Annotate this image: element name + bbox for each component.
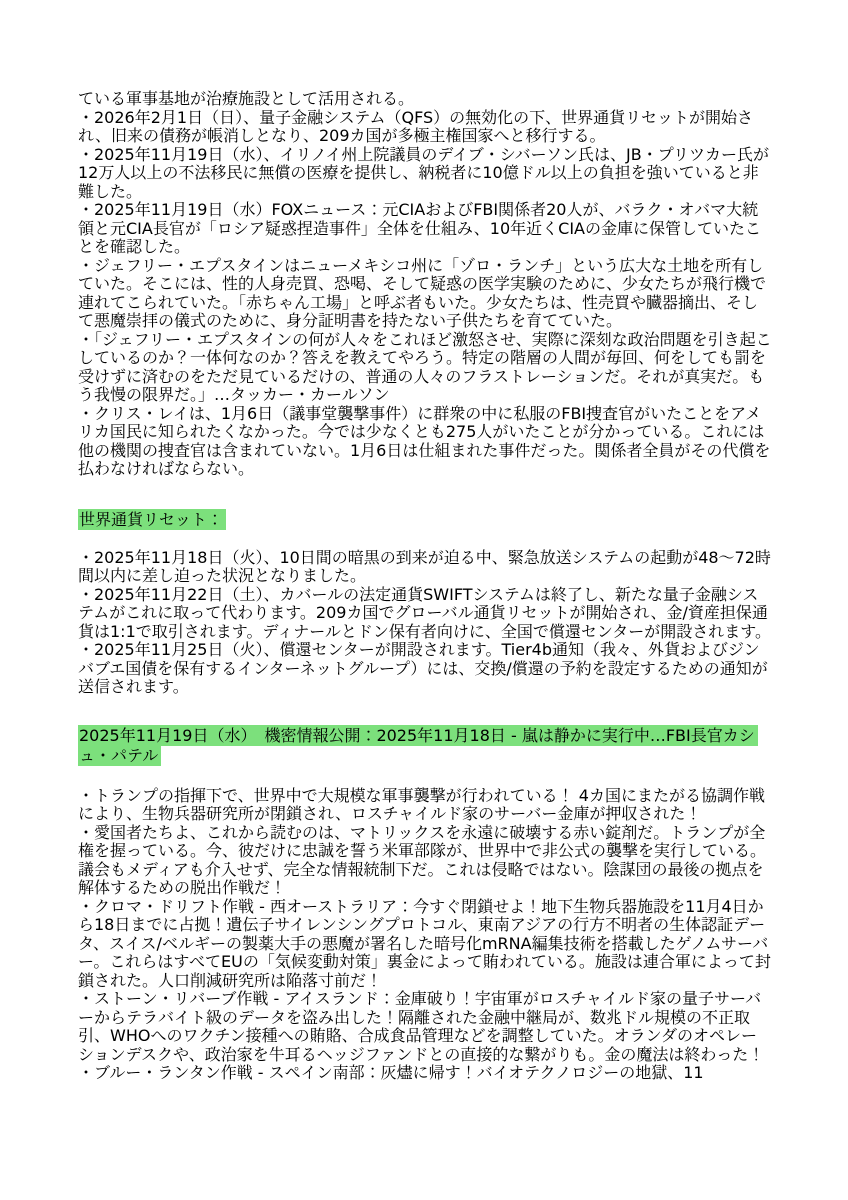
bullet-qfs-reset: ・2026年2月1日（日）、量子金融システム（QFS）の無効化の下、世界通貨リセ… [78,109,772,146]
bullet-carlson-quote: ・「ジェフリー・エプスタインの何が人々をこれほど激怒させ、実際に深刻な政治問題を… [78,331,772,405]
bullet-swift-end: ・2025年11月22日（土）、カバールの法定通貨SWIFTシステムは終了し、新… [78,586,772,642]
heading-intel-drop: 2025年11月19日（水） 機密情報公開：2025年11月18日 - 嵐は静か… [78,726,772,766]
intro-section: ている軍事基地が治療施設として活用される。 ・2026年2月1日（日）、量子金融… [78,90,772,479]
intro-carryover-line: ている軍事基地が治療施設として活用される。 [78,90,772,109]
heading-currency-reset: 世界通貨リセット： [78,510,772,530]
bullet-illinois-senator: ・2025年11月19日（水）、イリノイ州上院議員のデイブ・シバーソン氏は、JB… [78,146,772,202]
heading-currency-reset-highlight: 世界通貨リセット： [78,509,226,530]
bullet-operation-blue-lantern: ・ブルー・ランタン作戦 - スペイン南部：灰燼に帰す！バイオテクノロジーの地獄、… [78,1064,772,1083]
bullet-trump-raids: ・トランプの指揮下で、世界中で大規模な軍事襲撃が行われている！ 4カ国にまたがる… [78,787,772,824]
currency-reset-section: ・2025年11月18日（火）、10日間の暗黒の到来が迫る中、緊急放送システムの… [78,549,772,697]
heading-intel-drop-highlight: 2025年11月19日（水） 機密情報公開：2025年11月18日 - 嵐は静か… [78,725,758,766]
bullet-fox-news: ・2025年11月19日（水）FOXニュース：元CIAおよびFBI関係者20人が… [78,201,772,257]
intel-drop-section: ・トランプの指揮下で、世界中で大規模な軍事襲撃が行われている！ 4カ国にまたがる… [78,787,772,1083]
bullet-zorro-ranch: ・ジェフリー・エプスタインはニューメキシコ州に「ゾロ・ランチ」という広大な土地を… [78,257,772,331]
bullet-red-pill: ・愛国者たちよ、これから読むのは、マトリックスを永遠に破壊する赤い錠剤だ。トラン… [78,824,772,898]
bullet-ebs-activation: ・2025年11月18日（火）、10日間の暗黒の到来が迫る中、緊急放送システムの… [78,549,772,586]
bullet-operation-stone-reverb: ・ストーン・リバーブ作戦 - アイスランド：金庫破り！宇宙軍がロスチャイルド家の… [78,990,772,1064]
bullet-chris-wray: ・クリス・レイは、1月6日（議事堂襲撃事件）に群衆の中に私服のFBI捜査官がいた… [78,405,772,479]
document-page: ている軍事基地が治療施設として活用される。 ・2026年2月1日（日）、量子金融… [0,0,848,1200]
bullet-operation-chroma-drift: ・クロマ・ドリフト作戦 - 西オーストラリア：今すぐ閉鎖せよ！地下生物兵器施設を… [78,898,772,991]
bullet-redemption-centers: ・2025年11月25日（火）、償還センターが開設されます。Tier4b通知（我… [78,641,772,697]
